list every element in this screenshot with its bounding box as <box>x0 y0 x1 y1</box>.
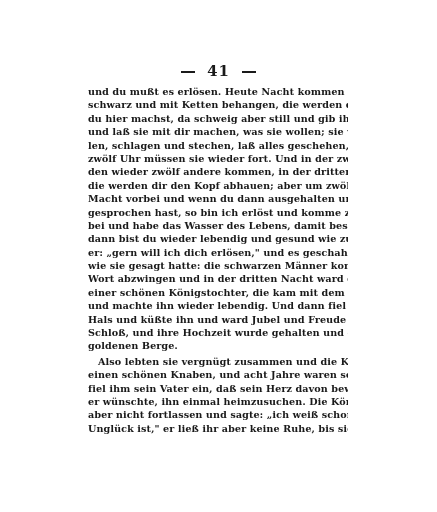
text-line: er: „gern will ich dich erlösen," und es… <box>88 247 348 260</box>
page-number-header: 41 <box>0 62 437 80</box>
page-number: 41 <box>207 62 230 80</box>
text-line: aber nicht fortlassen und sagte: „ich we… <box>88 409 348 422</box>
text-line: die werden dir den Kopf abhauen; aber um… <box>88 180 348 193</box>
header-dash-right <box>242 71 256 73</box>
text-line: Hals und küßte ihn und ward Jubel und Fr… <box>88 314 348 327</box>
text-line: goldenen Berge. <box>88 340 348 353</box>
text-line: gesprochen hast, so bin ich erlöst und k… <box>88 207 348 220</box>
paragraph-1: und du mußt es erlösen. Heute Nacht komm… <box>88 86 348 354</box>
text-line: du hier machst, da schweig aber still un… <box>88 113 348 126</box>
text-line: Schloß, und ihre Hochzeit wurde gehalten… <box>88 327 348 340</box>
text-line: wie sie gesagt hatte: die schwarzen Männ… <box>88 260 348 273</box>
text-line: einen schönen Knaben, und acht Jahre war… <box>88 369 348 382</box>
body-text: und du mußt es erlösen. Heute Nacht komm… <box>88 86 348 436</box>
text-line: Unglück ist," er ließ ihr aber keine Ruh… <box>88 423 348 436</box>
header-dash-left <box>181 71 195 73</box>
text-line: dann bist du wieder lebendig und gesund … <box>88 233 348 246</box>
text-line: Also lebten sie vergnügt zusammen und di… <box>88 356 348 369</box>
text-line: und du mußt es erlösen. Heute Nacht komm… <box>88 86 348 99</box>
text-line: schwarz und mit Ketten behangen, die wer… <box>88 99 348 112</box>
text-line: einer schönen Königstochter, die kam mit… <box>88 287 348 300</box>
text-line: len, schlagen und stechen, laß alles ges… <box>88 140 348 153</box>
text-line: zwölf Uhr müssen sie wieder fort. Und in… <box>88 153 348 166</box>
text-line: und machte ihn wieder lebendig. Und dann… <box>88 300 348 313</box>
text-line: fiel ihm sein Vater ein, daß sein Herz d… <box>88 383 348 396</box>
text-line: den wieder zwölf andere kommen, in der d… <box>88 166 348 179</box>
text-line: bei und habe das Wasser des Lebens, dami… <box>88 220 348 233</box>
text-line: Macht vorbei und wenn du dann ausgehalte… <box>88 193 348 206</box>
text-line: Wort abzwingen und in der dritten Nacht … <box>88 273 348 286</box>
text-line: und laß sie mit dir machen, was sie woll… <box>88 126 348 139</box>
text-line: er wünschte, ihn einmal heimzusuchen. Di… <box>88 396 348 409</box>
paragraph-2: Also lebten sie vergnügt zusammen und di… <box>88 356 348 436</box>
